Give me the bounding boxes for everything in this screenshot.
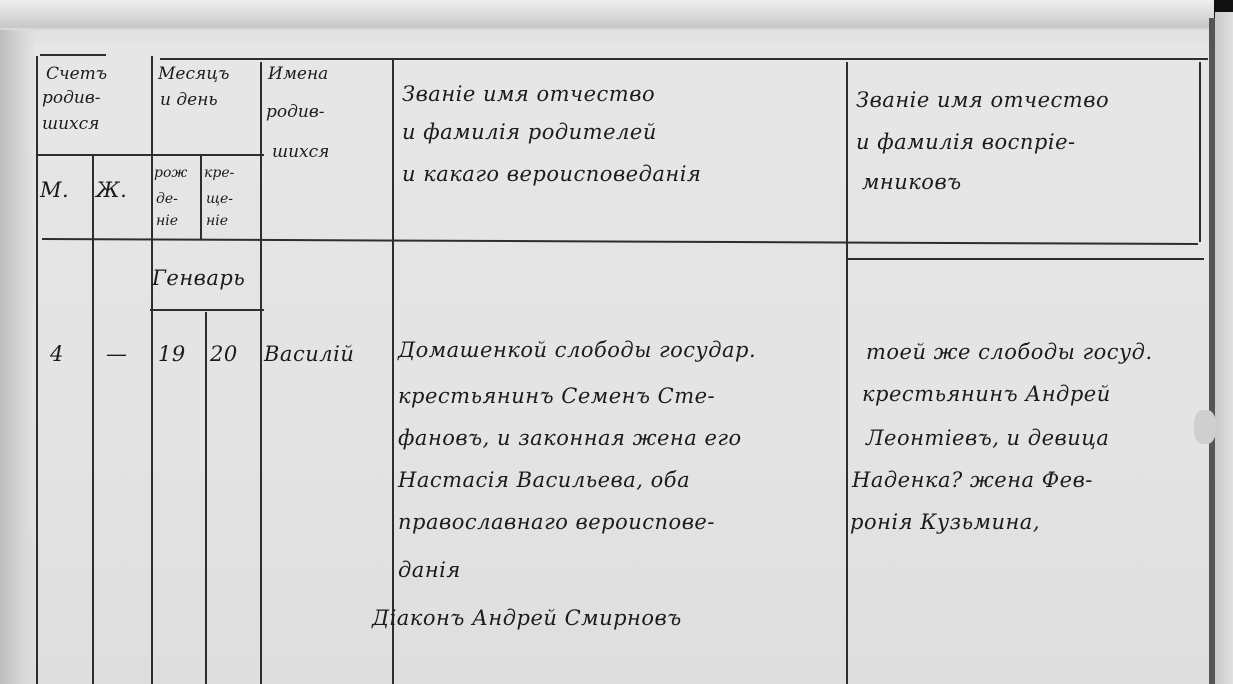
header-date-title-1: Месяцъ — [158, 66, 229, 83]
header-parents-title-1: Званiе имя отчество — [402, 84, 655, 105]
subheader-rule — [36, 154, 264, 156]
godparents-line-5: ронiя Кузьмина, — [850, 512, 1040, 533]
header-names-title-1: Имена — [268, 66, 328, 83]
godparents-line-4: Наденка? жена Фев- — [852, 470, 1093, 491]
male-count: 4 — [50, 344, 64, 365]
header-date-title-2: и день — [160, 92, 218, 109]
col-rule — [36, 56, 38, 684]
parents-line-5: православнаго вероиспове- — [398, 512, 715, 533]
header-male: М. — [40, 180, 69, 201]
col-rule — [151, 56, 153, 684]
header-count-title-2: родив- — [42, 90, 100, 107]
col-rule — [1199, 62, 1201, 242]
header-bottom-rule — [846, 258, 1204, 260]
col-rule — [205, 312, 207, 684]
header-parents-title-2: и фамилiя родителей — [402, 122, 657, 143]
col-rule — [846, 62, 848, 684]
month-row-rule — [150, 309, 264, 311]
parents-line-2: крестьянинъ Семенъ Сте- — [398, 386, 715, 407]
header-top-rule — [40, 54, 106, 56]
header-birth-1: рож — [154, 166, 187, 180]
header-birth-3: нiе — [156, 214, 178, 228]
header-count-title-1: Счетъ — [46, 66, 107, 83]
parents-line-3: фановъ, и законная жена его — [398, 428, 742, 449]
parents-line-4: Настасiя Васильева, оба — [398, 470, 690, 491]
female-count: — — [106, 344, 128, 365]
parents-line-1: Домашенкой слободы государ. — [398, 340, 756, 361]
header-baptism-3: нiе — [206, 214, 228, 228]
col-rule — [200, 155, 202, 240]
header-baptism-2: ще- — [206, 192, 233, 206]
col-rule — [92, 155, 94, 684]
header-godparents-title-2: и фамилiя воспрiе- — [856, 132, 1076, 153]
parents-line-6: данiя — [398, 560, 461, 581]
godparents-line-1: тоей же слободы госуд. — [866, 342, 1153, 363]
header-godparents-title-1: Званiе имя отчество — [856, 90, 1109, 111]
binding-gutter — [1209, 18, 1215, 684]
month-label: Генварь — [152, 268, 245, 289]
page-left-edge — [0, 30, 36, 684]
godparents-line-3: Леонтiевъ, и девица — [866, 428, 1109, 449]
baptism-day: 20 — [210, 344, 238, 365]
adjacent-page-edge — [1215, 12, 1233, 684]
paper-tear — [1194, 410, 1216, 444]
birth-day: 19 — [158, 344, 186, 365]
header-birth-2: де- — [156, 192, 178, 206]
header-count-title-3: шихся — [42, 116, 99, 133]
header-parents-title-3: и какаго вероисповеданiя — [402, 164, 701, 185]
header-names-title-3: шихся — [272, 144, 329, 161]
child-name: Василiй — [264, 344, 354, 365]
page-top-edge — [0, 0, 1214, 30]
godparents-line-2: крестьянинъ Андрей — [862, 384, 1111, 405]
header-top-rule — [160, 58, 1208, 60]
header-female: Ж. — [96, 180, 127, 201]
col-rule — [392, 60, 394, 684]
header-baptism-1: кре- — [204, 166, 234, 180]
header-godparents-title-3: мниковъ — [862, 172, 962, 193]
signature: Дiаконъ Андрей Смирновъ — [372, 608, 682, 629]
header-names-title-2: родив- — [266, 104, 324, 121]
